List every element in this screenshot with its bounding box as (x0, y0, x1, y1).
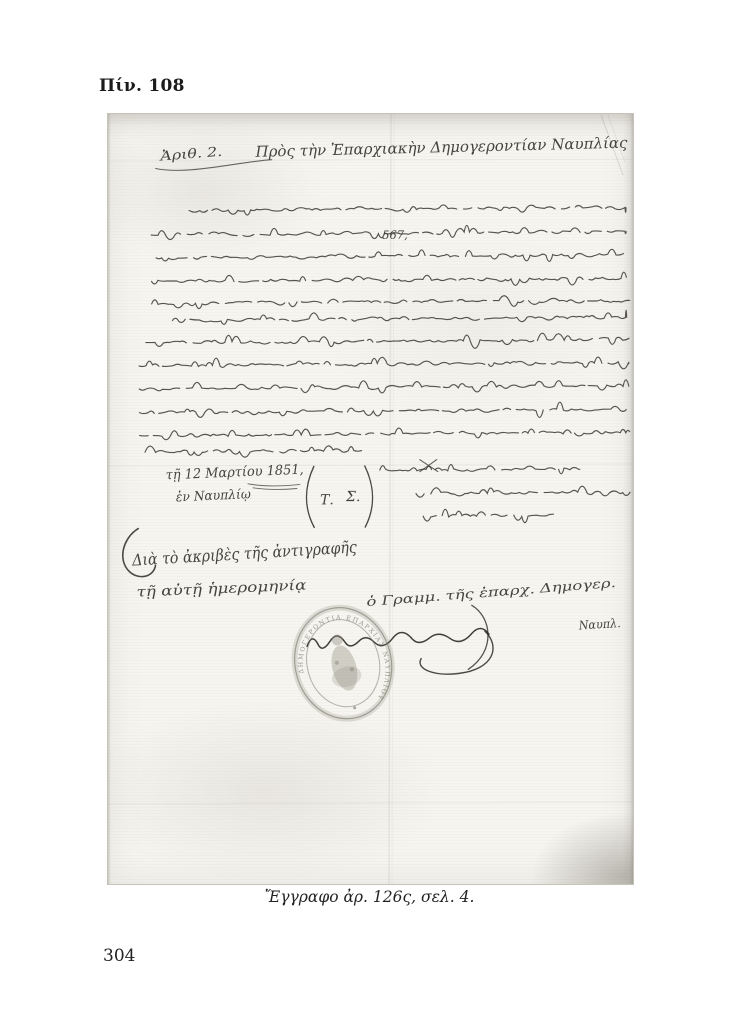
document-scan-photo: Ἀριθ. 2. Πρὸς τὴν Ἐπαρχιακὴν Δημογεροντί… (107, 113, 634, 885)
handwriting-line (139, 402, 630, 421)
handwriting-line (145, 445, 362, 458)
seal-mark-right-paren (365, 466, 373, 527)
seal-mark-s: Σ. (345, 489, 360, 505)
handwriting-line (139, 355, 629, 372)
seal-mark-left-paren (306, 466, 314, 527)
document-addressee: Πρὸς τὴν Ἐπαρχιακὴν Δημογεροντίαν Ναυπλί… (254, 134, 628, 161)
page-number: 304 (103, 946, 135, 966)
notary-seal: ΔΗΜΟΓΕΡΟΝΤΙΑ ΕΠΑΡΧΙΑΣ ΝΑΥΠΛΙΟΥ (283, 597, 404, 729)
signatory-title: ὁ Γραμμ. τῆς ἐπαρχ. Δημογερ. (366, 575, 616, 609)
reference-number: 567, (382, 228, 408, 242)
handwriting-line (151, 272, 626, 288)
document-scan-canvas: Ἀριθ. 2. Πρὸς τὴν Ἐπαρχιακὴν Δημογεροντί… (108, 114, 633, 884)
handwriting-line (189, 204, 626, 216)
book-page: Πίν. 108 Ἀριθ. 2. Πρὸς τὴν Ἐπαρχιακὴν Δη… (0, 0, 743, 1027)
signature-cross-mark (420, 460, 438, 472)
certification-line2: τῇ αὐτῇ ἡμερομηνίᾳ (136, 576, 307, 600)
handwriting-line (156, 248, 628, 264)
handwriting-line (140, 426, 630, 440)
seal-mark-t: Τ. (320, 492, 334, 508)
document-number-label: Ἀριθ. 2. (159, 145, 223, 165)
document-date: τῇ 12 Μαρτίου 1851, (165, 462, 304, 484)
figure-caption: Ἔγγραφο ἀρ. 126ς, σελ. 4. (107, 888, 632, 906)
handwriting-line (139, 379, 629, 395)
handwriting-line (146, 332, 629, 350)
plate-label: Πίν. 108 (99, 76, 185, 96)
handwriting-line (172, 310, 626, 324)
document-place: ἐν Ναυπλίῳ (176, 487, 252, 505)
handwriting-line (423, 509, 553, 524)
date-underline (248, 483, 300, 489)
signatory-place: Ναυπλ. (577, 616, 621, 633)
seal-mark: Τ. Σ. (306, 466, 372, 527)
handwriting-line (416, 486, 630, 497)
certification-line1: Διὰ τὸ ἀκριβὲς τῆς ἀντιγραφῆς (131, 537, 358, 569)
